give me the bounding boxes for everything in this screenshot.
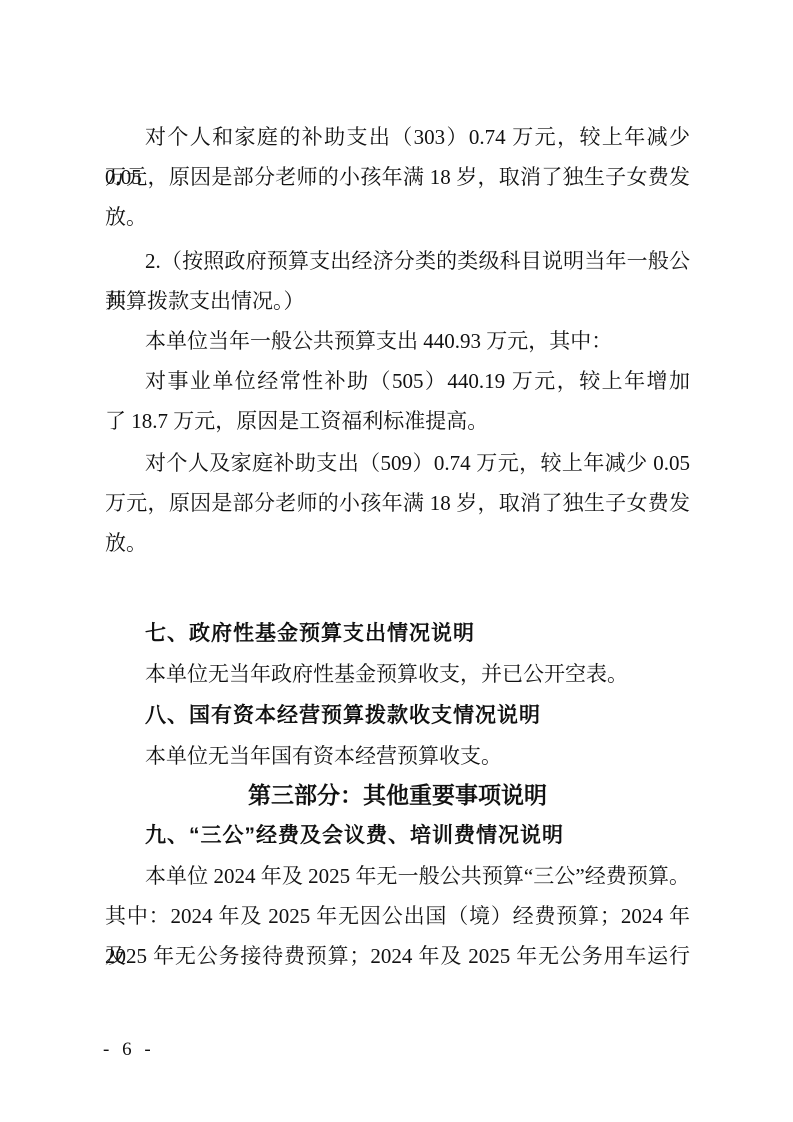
body-line: 本单位无当年国有资本经营预算收支。 bbox=[105, 736, 690, 776]
body-line: 本单位当年一般公共预算支出 440.93 万元，其中： bbox=[105, 321, 690, 361]
body-line: 本单位 2024 年及 2025 年无一般公共预算“三公”经费预算。 bbox=[105, 856, 690, 896]
body-line: 对事业单位经常性补助（505）440.19 万元，较上年增加 bbox=[105, 361, 690, 401]
page-number: - 6 - bbox=[103, 1038, 155, 1062]
document-page: 对个人和家庭的补助支出（303）0.74 万元，较上年减少 0.05 万元，原因… bbox=[0, 0, 793, 1122]
body-line: 其中：2024 年及 2025 年无因公出国（境）经费预算；2024 年及 bbox=[105, 896, 690, 936]
body-line: 预算拨款支出情况。） bbox=[105, 281, 690, 321]
body-line: 放。 bbox=[105, 523, 690, 563]
heading-section-9: 九、“三公”经费及会议费、培训费情况说明 bbox=[105, 816, 690, 856]
body-line: 了 18.7 万元，原因是工资福利标准提高。 bbox=[105, 401, 690, 441]
body-line: 对个人和家庭的补助支出（303）0.74 万元，较上年减少 0.05 bbox=[105, 117, 690, 157]
body-line: 万元，原因是部分老师的小孩年满 18 岁，取消了独生子女费发 bbox=[105, 483, 690, 523]
body-line: 本单位无当年政府性基金预算收支，并已公开空表。 bbox=[105, 654, 690, 694]
body-line: 对个人及家庭补助支出（509）0.74 万元，较上年减少 0.05 bbox=[105, 443, 690, 483]
body-line: 放。 bbox=[105, 197, 690, 237]
heading-section-8: 八、国有资本经营预算拨款收支情况说明 bbox=[105, 696, 690, 736]
heading-section-7: 七、政府性基金预算支出情况说明 bbox=[105, 614, 690, 654]
body-line: 2025 年无公务接待费预算；2024 年及 2025 年无公务用车运行 bbox=[105, 936, 690, 976]
body-line: 2.（按照政府预算支出经济分类的类级科目说明当年一般公共 bbox=[105, 241, 690, 281]
page-content: 对个人和家庭的补助支出（303）0.74 万元，较上年减少 0.05 万元，原因… bbox=[105, 117, 690, 976]
heading-part-3: 第三部分：其他重要事项说明 bbox=[105, 776, 690, 816]
body-line: 万元，原因是部分老师的小孩年满 18 岁，取消了独生子女费发 bbox=[105, 157, 690, 197]
